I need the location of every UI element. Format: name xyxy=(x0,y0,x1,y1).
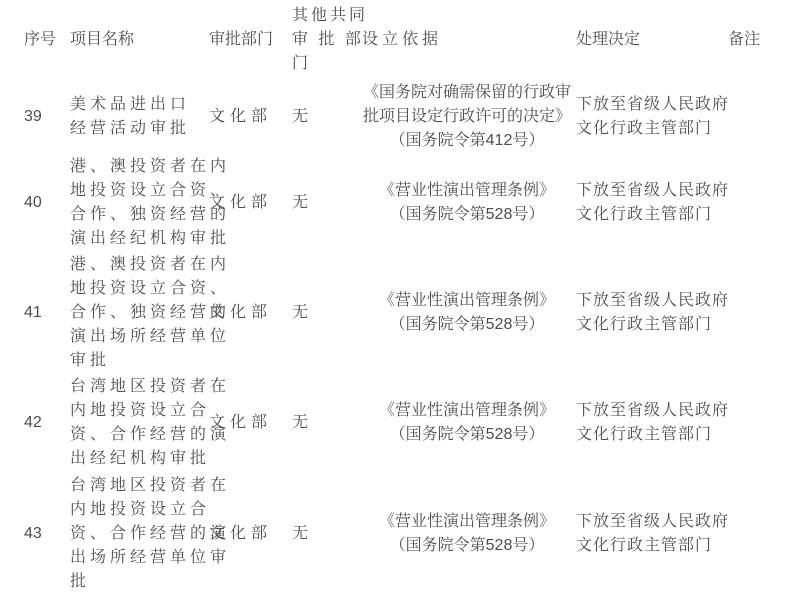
cell-seq: 39 xyxy=(0,80,64,154)
header-name: 项目名称 xyxy=(64,0,207,80)
table-header-row: 序号 项目名称 审批部门 其他共同 审 批 部 门 设立依据 处理决定 备注 xyxy=(0,0,803,80)
cell-basis: 《营业性演出管理条例》 （国务院令第528号） xyxy=(362,154,572,252)
header-remark: 备注 xyxy=(728,0,803,80)
header-joint: 其他共同 审 批 部 门 xyxy=(286,0,362,80)
cell-seq: 40 xyxy=(0,154,64,252)
cell-joint: 无 xyxy=(286,472,362,595)
cell-remark xyxy=(728,252,803,374)
cell-basis: 《国务院对确需保留的行政审 批项目设定行政许可的决定》 （国务院令第412号） xyxy=(362,80,572,154)
document-page: 序号 项目名称 审批部门 其他共同 审 批 部 门 设立依据 处理决定 备注 3… xyxy=(0,0,803,595)
cell-decision: 下放至省级人民政府 文化行政主管部门 xyxy=(572,80,728,154)
approval-items-table: 序号 项目名称 审批部门 其他共同 审 批 部 门 设立依据 处理决定 备注 3… xyxy=(0,0,803,595)
cell-decision: 下放至省级人民政府 文化行政主管部门 xyxy=(572,472,728,595)
cell-name: 美术品进出口 经营活动审批 xyxy=(64,80,207,154)
cell-decision: 下放至省级人民政府 文化行政主管部门 xyxy=(572,252,728,374)
cell-decision: 下放至省级人民政府 文化行政主管部门 xyxy=(572,374,728,472)
cell-basis: 《营业性演出管理条例》 （国务院令第528号） xyxy=(362,374,572,472)
cell-seq: 42 xyxy=(0,374,64,472)
cell-dept: 文化部 xyxy=(207,80,286,154)
header-basis: 设立依据 xyxy=(362,0,572,80)
cell-name: 台湾地区投资者在 内地投资设立合 资、合作经营的演 出场所经营单位审 批 xyxy=(64,472,207,595)
cell-remark xyxy=(728,472,803,595)
table-row-42: 42 台湾地区投资者在 内地投资设立合 资、合作经营的演 出经纪机构审批 文化部… xyxy=(0,374,803,472)
table-row-41: 41 港、澳投资者在内 地投资设立合资、 合作、独资经营的 演出场所经营单位 审… xyxy=(0,252,803,374)
cell-basis: 《营业性演出管理条例》 （国务院令第528号） xyxy=(362,472,572,595)
cell-decision: 下放至省级人民政府 文化行政主管部门 xyxy=(572,154,728,252)
cell-basis: 《营业性演出管理条例》 （国务院令第528号） xyxy=(362,252,572,374)
cell-seq: 43 xyxy=(0,472,64,595)
cell-seq: 41 xyxy=(0,252,64,374)
table-row-39: 39 美术品进出口 经营活动审批 文化部 无 《国务院对确需保留的行政审 批项目… xyxy=(0,80,803,154)
cell-remark xyxy=(728,80,803,154)
header-dept: 审批部门 xyxy=(207,0,286,80)
table-row-43: 43 台湾地区投资者在 内地投资设立合 资、合作经营的演 出场所经营单位审 批 … xyxy=(0,472,803,595)
cell-remark xyxy=(728,154,803,252)
cell-name: 港、澳投资者在内 地投资设立合资、 合作、独资经营的 演出场所经营单位 审批 xyxy=(64,252,207,374)
header-decision: 处理决定 xyxy=(572,0,728,80)
cell-joint: 无 xyxy=(286,154,362,252)
header-seq: 序号 xyxy=(0,0,64,80)
cell-name: 港、澳投资者在内 地投资设立合资、 合作、独资经营的 演出经纪机构审批 xyxy=(64,154,207,252)
cell-joint: 无 xyxy=(286,252,362,374)
table-row-40: 40 港、澳投资者在内 地投资设立合资、 合作、独资经营的 演出经纪机构审批 文… xyxy=(0,154,803,252)
cell-remark xyxy=(728,374,803,472)
cell-name: 台湾地区投资者在 内地投资设立合 资、合作经营的演 出经纪机构审批 xyxy=(64,374,207,472)
cell-joint: 无 xyxy=(286,80,362,154)
cell-joint: 无 xyxy=(286,374,362,472)
